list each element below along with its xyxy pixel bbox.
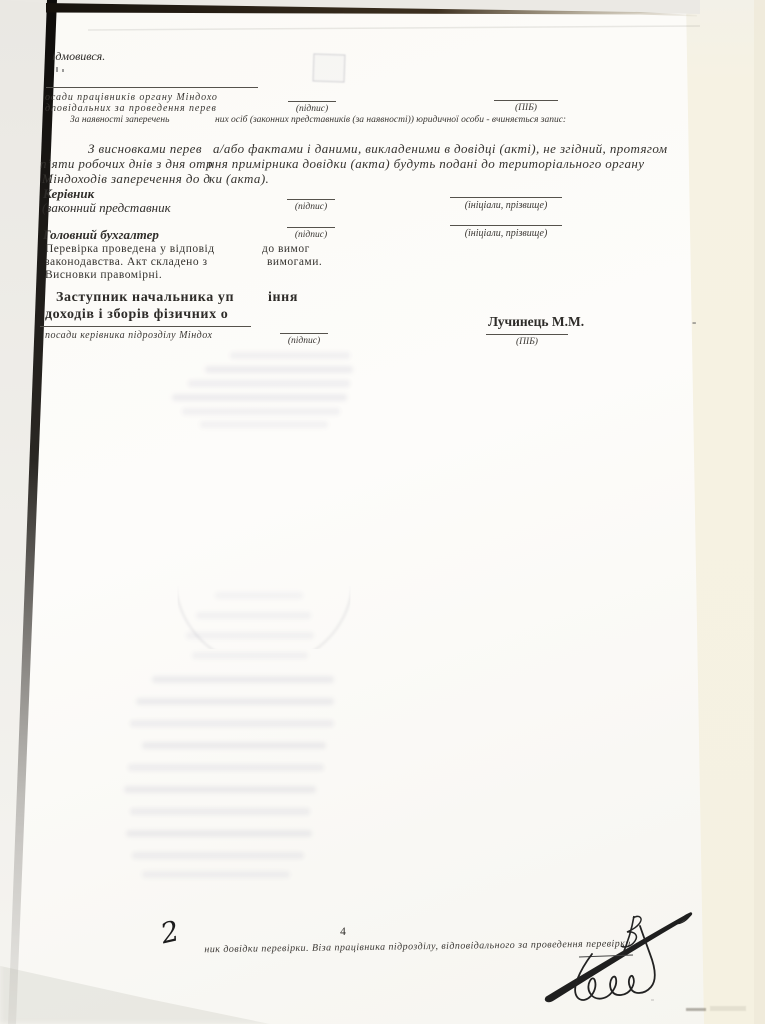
- signature-line: [288, 101, 336, 102]
- officials-signature-line: [46, 87, 258, 88]
- scanner-margin-left: [0, 0, 47, 1024]
- signature-caption: (підпис): [278, 104, 346, 114]
- position-caption-line: [40, 326, 251, 327]
- bleed-through-stamp-box: [313, 53, 346, 82]
- accountant-title: Головний бухгалтер: [43, 228, 159, 242]
- initials-line: [450, 197, 562, 198]
- objections-note-left: За наявності заперечень: [70, 115, 169, 125]
- page-under-edge-line: [88, 26, 700, 30]
- ink-speck: [62, 69, 64, 72]
- pib-caption: (ПІБ): [476, 337, 578, 347]
- pib-line: [494, 100, 558, 101]
- handwritten-signature: [532, 890, 702, 1012]
- statement-line3-left: Міндоходів заперечення до д: [42, 172, 210, 186]
- initials-line: [450, 225, 562, 226]
- statement-line3-right: ки (акта).: [209, 172, 269, 186]
- pib-caption: (ПІБ): [484, 103, 568, 113]
- approver-position-line1-right: іння: [268, 290, 298, 305]
- conclusion-line2-right: вимогами.: [267, 256, 322, 269]
- approver-name: Лучинець М.М.: [488, 315, 584, 330]
- handwritten-copy-number: 2: [158, 916, 182, 950]
- conclusion-line1-left: Перевірка проведена у відповід: [45, 243, 215, 256]
- ink-speck: [651, 999, 654, 1001]
- objections-note-right: них осіб (законних представників (за ная…: [215, 115, 566, 125]
- signature-line: [280, 333, 328, 334]
- stray-dash-mark: -: [692, 315, 696, 329]
- officials-caption-line1: осади працівників органу Міндохо: [45, 92, 218, 103]
- name-line: [486, 334, 568, 335]
- initials-caption: (ініціали, прізвище): [442, 200, 570, 211]
- signature-caption: (підпис): [270, 336, 338, 346]
- signature-line: [287, 199, 335, 200]
- approver-position-line2: доходів і зборів фізичних о: [45, 307, 228, 322]
- position-caption: посади керівника підрозділу Міндох: [45, 330, 212, 341]
- conclusion-line2-left: законодавства. Акт складено з: [45, 256, 208, 269]
- statement-line1-right: а/або фактами і даними, викладеними в до…: [213, 142, 668, 156]
- statement-line2-left: п’яти робочих днів з дня отр: [40, 157, 213, 171]
- signature-caption: (підпис): [277, 202, 345, 212]
- refused-text: ідмовився.: [52, 50, 105, 63]
- bleed-through-dash: [686, 1008, 706, 1011]
- initials-caption: (ініціали, прізвище): [442, 228, 570, 239]
- officials-caption-line2: дповідальних за проведення перев: [45, 103, 217, 114]
- conclusion-line3: Висновки правомірні.: [45, 269, 162, 282]
- scanned-document-page: ідмовився. осади працівників органу Мінд…: [0, 0, 765, 1024]
- signature-caption: (підпис): [277, 230, 345, 240]
- statement-line1-left: З висновками перев: [88, 142, 202, 156]
- bleed-through-smudge: [710, 1006, 746, 1011]
- ink-speck: [56, 67, 58, 72]
- approver-position-line1-left: Заступник начальника уп: [56, 290, 234, 305]
- head-subtitle: (законний представник: [42, 201, 171, 215]
- signature-line: [287, 227, 335, 228]
- conclusion-line1-right: до вимог: [262, 243, 310, 256]
- statement-line2-right: ння примірника довідки (акта) будуть под…: [208, 157, 644, 171]
